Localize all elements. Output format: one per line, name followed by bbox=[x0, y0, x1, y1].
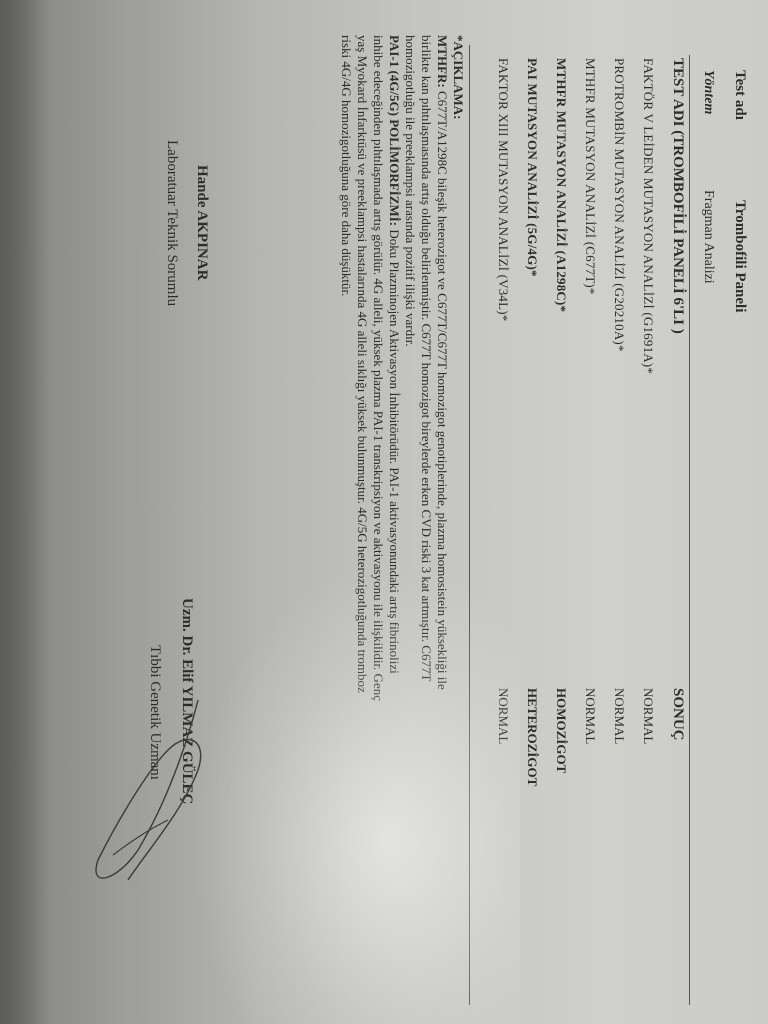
table-top-rule bbox=[689, 55, 690, 1005]
column-header-result: SONUÇ bbox=[669, 688, 686, 741]
column-header-test: TEST ADI (TROMBOFİLİ PANELİ 6'LI ) bbox=[669, 58, 686, 334]
table-row-test: FAKTÖR V LEİDEN MUTASYON ANALİZİ (G1691A… bbox=[640, 58, 656, 374]
note-pai-line3: yaş Myokard İnfarktüsü ve preeklampsi ha… bbox=[354, 35, 370, 693]
table-row-result: HETEROZİGOT bbox=[524, 688, 540, 786]
handwritten-signature bbox=[78, 680, 228, 930]
note-pai-line2: inhibe edeceğinden pıhtılaşmada artış gö… bbox=[370, 35, 386, 701]
table-row-result: HOMOZİGOT bbox=[553, 688, 569, 773]
table-row-result: NORMAL bbox=[582, 688, 598, 744]
test-name-value: Trombofili Paneli bbox=[731, 200, 748, 312]
notes-title: *AÇIKLAMA: bbox=[450, 35, 466, 120]
note-text: C677T/A1298C bileşik heterozigot ve C677… bbox=[435, 88, 450, 690]
note-mthfr-line1: MTHFR: C677T/A1298C bileşik heterozigot … bbox=[434, 35, 450, 690]
table-row-result: NORMAL bbox=[640, 688, 656, 744]
signer-left-title: Laboratuar Teknik Sorumlu bbox=[163, 140, 180, 306]
method-value: Fragman Analizi bbox=[700, 190, 716, 284]
note-pai-line1: PAI-1 (4G/5G) POLİMORFİZMİ: Doku Plazmin… bbox=[386, 35, 402, 674]
note-mthfr-line2: birlikte kan pıhtılaşmasında artış olduğ… bbox=[418, 35, 434, 681]
note-pai-line4: riski 4G/4G homozigotluğuna göre daha dü… bbox=[338, 35, 354, 296]
note-pai-label: PAI-1 (4G/5G) POLİMORFİZMİ: bbox=[387, 35, 402, 226]
table-row-test: PAI MUTASYON ANALİZİ (5G/4G)* bbox=[524, 58, 540, 277]
table-row-test: FAKTOR XIII MUTASYON ANALİZİ (V34L)* bbox=[495, 58, 511, 322]
note-text: Doku Plazminojen Aktivasyon İnhibitörüdü… bbox=[387, 226, 402, 674]
signer-left-name: Hande AKPINAR bbox=[193, 165, 210, 280]
table-row-test: PROTROMBİN MUTASYON ANALİZİ (G20210A)* bbox=[611, 58, 627, 352]
table-row-test: MTHFR MUTASYON ANALİZİ (C677T)* bbox=[582, 58, 598, 295]
note-mthfr-line3: homozigotluğu ile preeklampsi arasında p… bbox=[402, 35, 418, 347]
table-row-result: NORMAL bbox=[611, 688, 627, 744]
table-row-result: NORMAL bbox=[495, 688, 511, 744]
table-row-test: MTHFR MUTASYON ANALİZİ (A1298C)* bbox=[553, 58, 569, 312]
test-name-label: Test adı bbox=[731, 70, 748, 120]
note-mthfr-label: MTHFR: bbox=[435, 35, 450, 88]
lab-report-document: Test adı Trombofili Paneli Yöntem Fragma… bbox=[0, 0, 768, 1024]
table-bottom-rule bbox=[469, 45, 470, 1005]
method-label: Yöntem bbox=[700, 70, 716, 114]
